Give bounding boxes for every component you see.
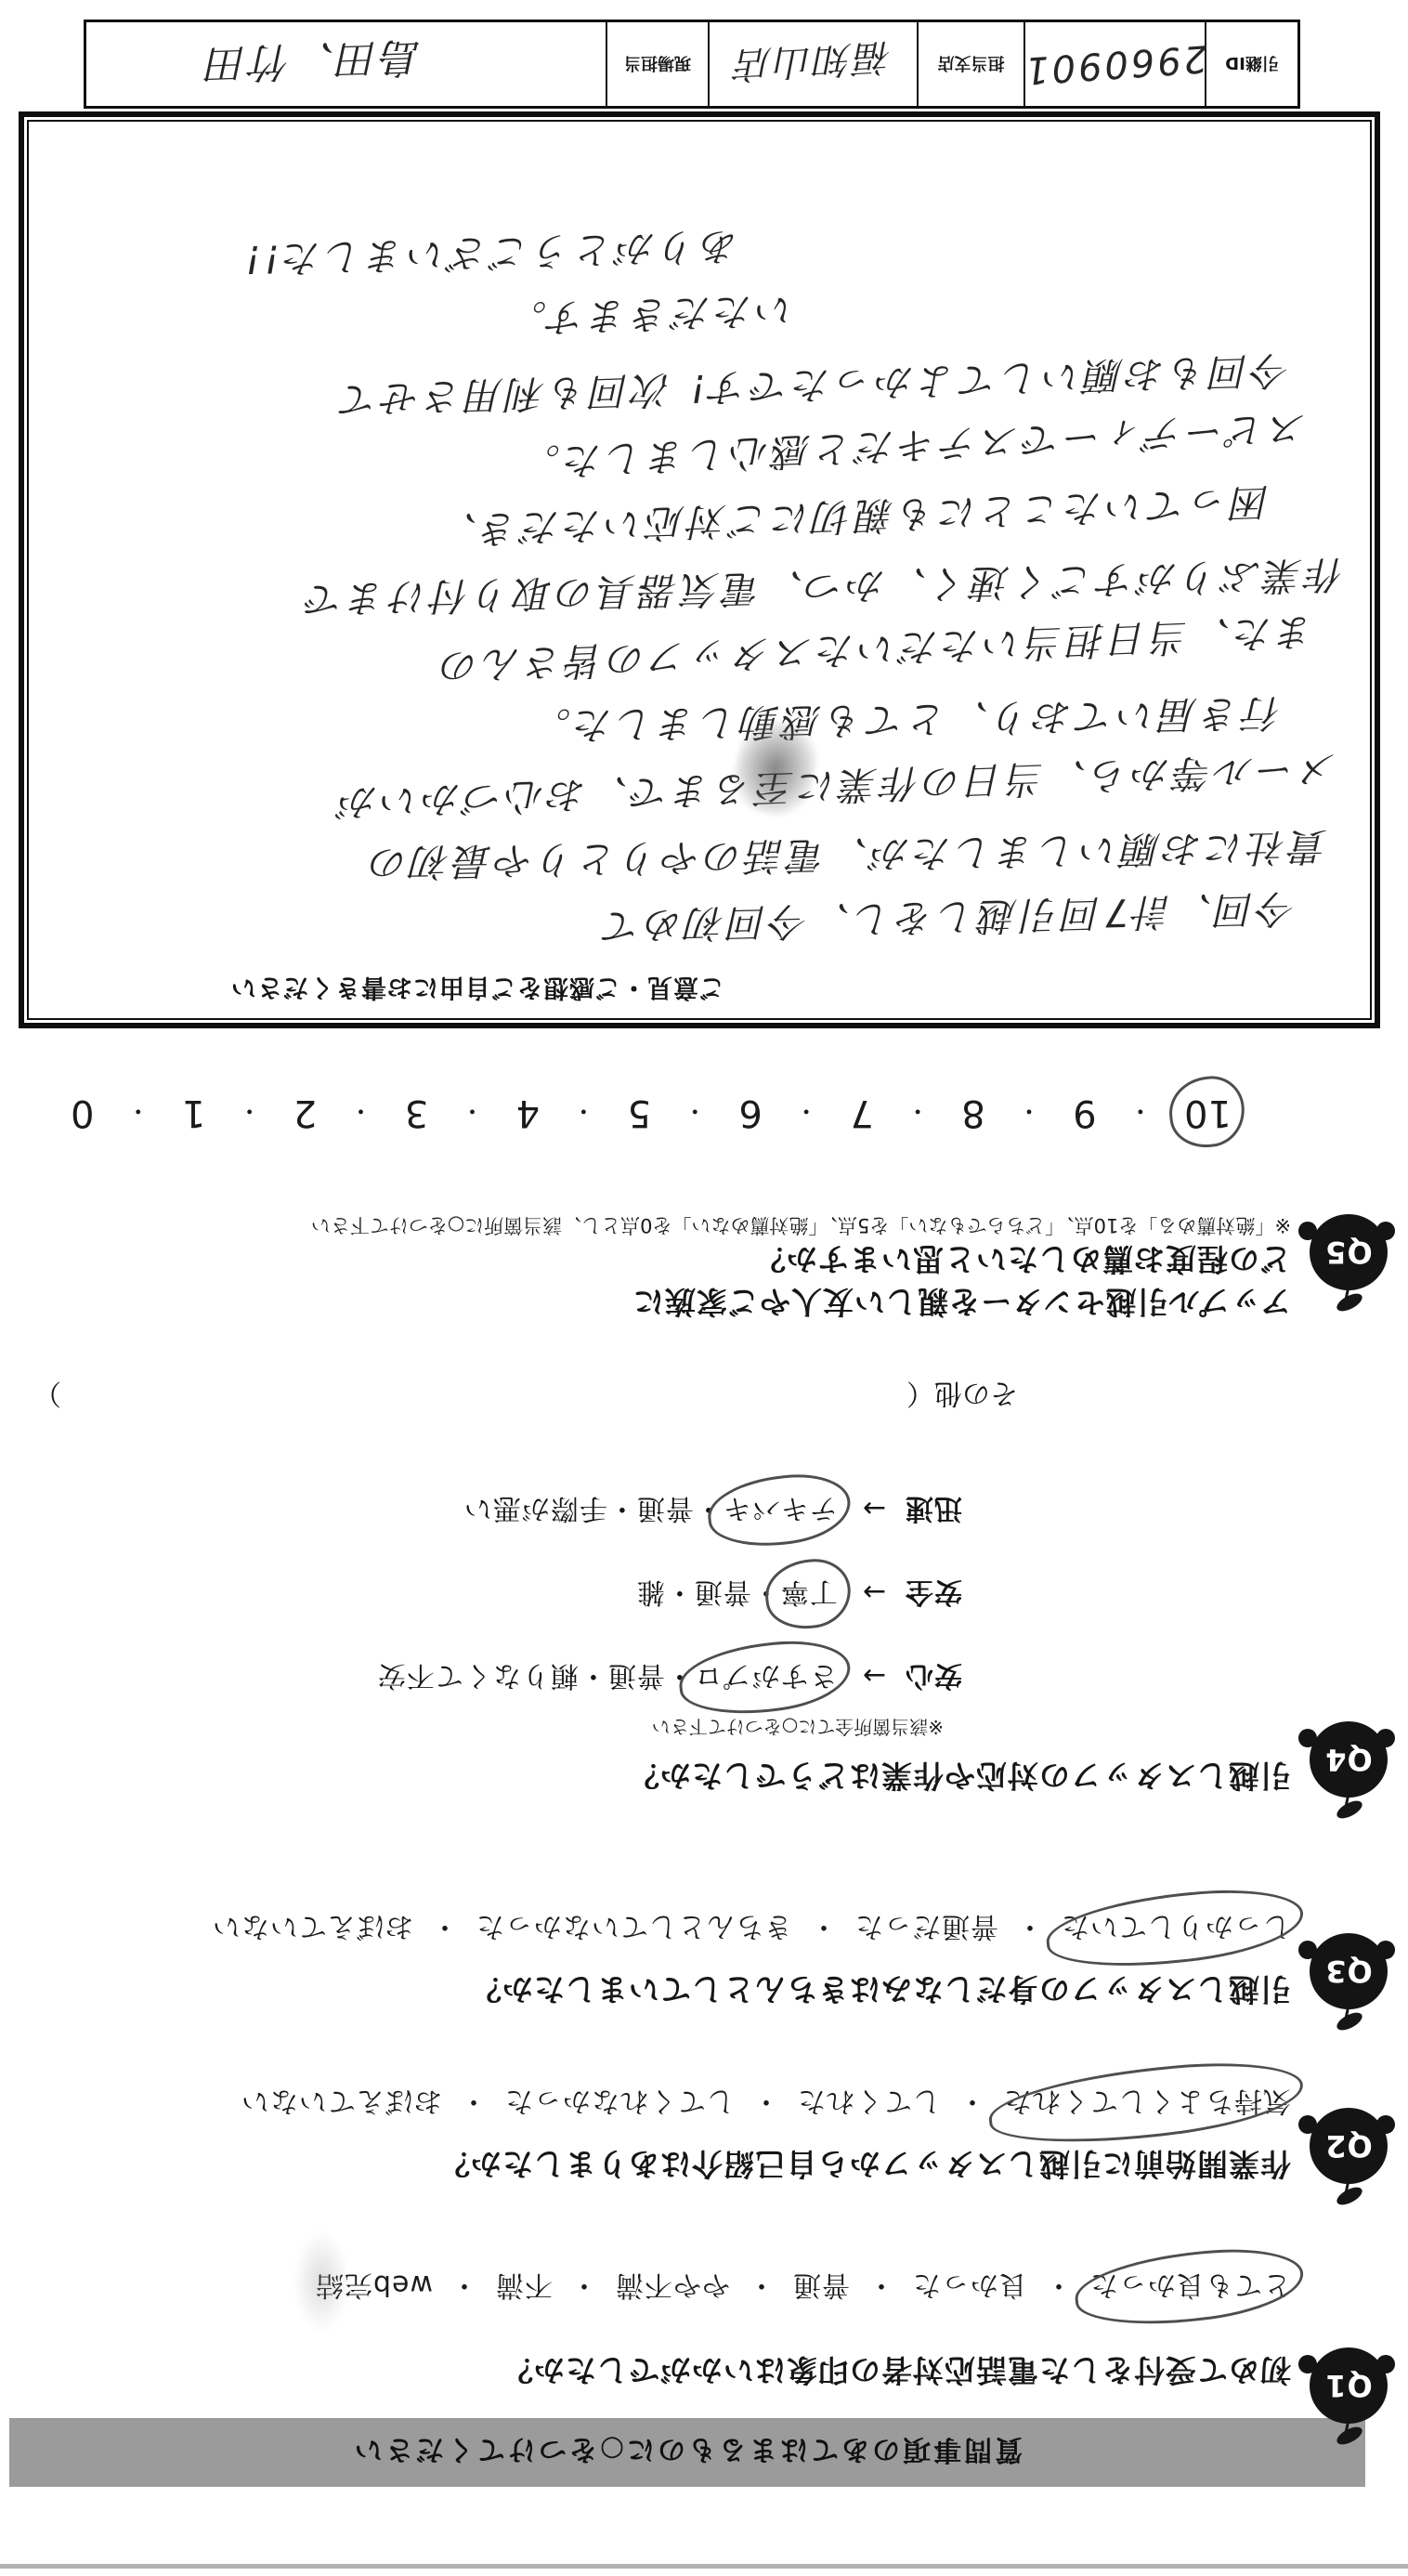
q4-jinsoku-option-tegiwa-warui: 手際が悪い — [463, 1492, 607, 1524]
option-separator: ・ — [579, 1659, 607, 1692]
option-separator: ・ — [958, 2085, 986, 2117]
handover-id-label: 引継ID — [1205, 22, 1297, 106]
q4-jinsoku-option-futsuu: 普通 — [636, 1492, 694, 1524]
arrow-icon: → — [862, 1492, 886, 1524]
option-separator: ・ — [459, 2085, 488, 2117]
scan-edge-line — [0, 2564, 1408, 2569]
q5-nps-scale: 10・9・8・7・6・5・4・3・2・1・0 — [71, 1092, 1232, 1134]
q1-question: 初めて受付をした電話応対者の印象はいかがでしたか？ — [502, 2350, 1291, 2394]
site-staff-label: 現場担当 — [606, 22, 708, 106]
scale-8: 8 — [961, 1092, 984, 1134]
scale-separator: ・ — [349, 1096, 373, 1131]
q5-note: ※「絶対薦める」を10点、「どちらでもない」を5点、「絶対薦めない」を0点とし、… — [311, 1212, 1291, 1240]
q3-badge: Q3 — [1310, 1933, 1388, 2009]
option-separator: ・ — [867, 2269, 895, 2301]
leaf-icon — [1334, 2184, 1364, 2208]
scale-10-circled: 10 — [1184, 1092, 1232, 1134]
q2-option-shitekurenakatta: してくれなかった — [504, 2085, 735, 2117]
arrow-icon: → — [862, 1659, 886, 1692]
leaf-icon — [1334, 2009, 1364, 2033]
q3-option-shikkari-circled: しっかりしていた — [1061, 1909, 1291, 1950]
option-separator: ・ — [751, 1576, 780, 1608]
q4-row-jinsoku-label: 迅速 — [905, 1492, 962, 1524]
q4-note: ※該当箇所全てに○をつけて下さい — [652, 1715, 944, 1742]
handover-info-table: 引継ID 2960901 担当支店 福知山店 現場担当 島田、竹田 — [84, 20, 1300, 109]
q1-option-yokatta: 良かった — [912, 2269, 1027, 2301]
q4-anshin-option-sasuga-pro-circled: さすがプロ — [694, 1658, 838, 1699]
option-separator: ・ — [751, 2085, 780, 2117]
q4-other-field: その他（ ） — [33, 1376, 1018, 1417]
scale-separator: ・ — [683, 1096, 707, 1131]
scale-separator: ・ — [238, 1096, 262, 1131]
q4-jinsoku-option-tekipaki-circled: テキパキ — [723, 1491, 838, 1532]
option-separator: ・ — [665, 1659, 694, 1692]
q3-option-oboeteinai: おぼえていない — [212, 1910, 413, 1942]
q3-options: しっかりしていた・普通だった・きちんとしていなかった・おぼえていない — [212, 1909, 1291, 1950]
comment-prompt: ご意見・ご感想をご自由にお書きください — [230, 972, 724, 1008]
q2-badge-label: Q2 — [1324, 2128, 1372, 2164]
q4-row-jinsoku: 迅速→テキパキ・普通・手際が悪い — [463, 1491, 962, 1532]
option-separator: ・ — [607, 1492, 636, 1524]
q1-option-futsuu: 普通 — [792, 2269, 850, 2301]
q2-option-oboeteinai: おぼえていない — [241, 2085, 442, 2117]
site-staff-value-handwritten: 島田、竹田 — [86, 22, 606, 106]
q1-badge: Q1 — [1310, 2347, 1388, 2424]
site-staff-text: 島田、竹田 — [203, 31, 424, 98]
q5-badge: Q5 — [1310, 1214, 1388, 1290]
q4-row-anzen-label: 安全 — [905, 1576, 962, 1608]
q1-mascot-icon: Q1 — [1302, 2340, 1391, 2440]
q2-badge: Q2 — [1310, 2108, 1388, 2184]
q2-mascot-icon: Q2 — [1302, 2100, 1391, 2201]
q5-badge-label: Q5 — [1324, 1235, 1372, 1270]
leaf-icon — [1334, 1798, 1364, 1822]
scan-smudge-artifact — [293, 2230, 349, 2333]
scale-separator: ・ — [126, 1096, 150, 1131]
scale-7: 7 — [850, 1092, 873, 1134]
option-separator: ・ — [569, 2269, 598, 2301]
q1-options: とても良かった・良かった・普通・やや不満・不満・web完結 — [315, 2268, 1291, 2308]
q4-badge: Q4 — [1310, 1721, 1388, 1798]
scale-separator: ・ — [794, 1096, 818, 1131]
other-close-paren: ） — [33, 1376, 61, 1417]
scanned-survey-page: 質問事項のあてはまるものに○をつけてください Q1 初めて受付をした電話応対者の… — [0, 0, 1408, 2576]
q2-question: 作業開始前に引越しスタッフから自己紹介はありましたか？ — [438, 2144, 1291, 2188]
q5-question-line2: どの程度お薦めしたいと思いますか？ — [754, 1239, 1291, 1283]
q3-badge-label: Q3 — [1324, 1954, 1372, 1989]
scale-5: 5 — [628, 1092, 651, 1134]
q4-question: 引越しスタッフの対応や作業はどうでしたか？ — [628, 1756, 1291, 1799]
branch-text: 福知山店 — [732, 33, 894, 95]
scale-separator: ・ — [1017, 1096, 1041, 1131]
branch-label: 担当支店 — [917, 22, 1023, 106]
q5-question-line1: アップル引越センターを親しい友人やご家族に — [632, 1282, 1291, 1326]
option-separator: ・ — [809, 1910, 838, 1942]
scale-separator: ・ — [906, 1096, 930, 1131]
instruction-banner-text: 質問事項のあてはまるものに○をつけてください — [352, 2432, 1023, 2473]
option-separator: ・ — [747, 2269, 776, 2301]
scale-2: 2 — [293, 1092, 317, 1134]
q4-anshin-option-tayorinai: 頼りなくて不安 — [377, 1659, 579, 1692]
handover-id-value-handwritten: 2960901 — [1023, 22, 1205, 106]
scale-separator: ・ — [571, 1096, 595, 1131]
scale-1: 1 — [182, 1092, 205, 1134]
option-separator: ・ — [694, 1492, 723, 1524]
q3-option-futsuu-datta: 普通だった — [854, 1910, 998, 1942]
handover-id-text: 2960901 — [1022, 36, 1209, 92]
q4-anzen-option-teinei-circled: 丁寧 — [780, 1575, 838, 1615]
scale-6: 6 — [738, 1092, 762, 1134]
scale-4: 4 — [516, 1092, 540, 1134]
option-separator: ・ — [430, 1910, 459, 1942]
q1-option-fuman: 不満 — [495, 2269, 553, 2301]
q3-mascot-icon: Q3 — [1302, 1926, 1391, 2026]
scale-9: 9 — [1073, 1092, 1096, 1134]
q3-option-kichinto-shiteinakatta: きちんとしていなかった — [476, 1910, 792, 1942]
q4-anshin-option-futsuu: 普通 — [607, 1659, 665, 1692]
instruction-banner: 質問事項のあてはまるものに○をつけてください — [9, 2418, 1365, 2487]
q3-question: 引越しスタッフの身だしなみはきちんとしていましたか？ — [470, 1969, 1291, 2013]
q4-anzen-option-zatsu: 雑 — [636, 1576, 665, 1608]
arrow-icon: → — [862, 1576, 886, 1608]
q1-option-totemo-yokatta-circled: とても良かった — [1089, 2268, 1291, 2308]
q4-row-anzen: 安全→丁寧・普通・雑 — [636, 1575, 962, 1615]
scale-separator: ・ — [460, 1096, 484, 1131]
q4-row-anshin: 安心→さすがプロ・普通・頼りなくて不安 — [377, 1658, 962, 1699]
survey-sheet-rotated-180: 質問事項のあてはまるものに○をつけてください Q1 初めて受付をした電話応対者の… — [0, 0, 1408, 2576]
q4-row-anshin-label: 安心 — [905, 1659, 962, 1692]
option-separator: ・ — [1015, 1910, 1044, 1942]
comment-box: ご意見・ご感想をご自由にお書きください 今回、計7回引越しをし、今回初めて 貴社… — [19, 111, 1380, 1028]
option-separator: ・ — [450, 2269, 478, 2301]
branch-value-handwritten: 福知山店 — [708, 22, 917, 106]
handwritten-comment: 今回、計7回引越しをし、今回初めて 貴社にお願いしましたが、電話のやりとりや最初… — [43, 222, 1352, 958]
scale-separator: ・ — [1128, 1096, 1153, 1131]
q2-options: 気持ちよくしてくれた・してくれた・してくれなかった・おぼえていない — [241, 2084, 1291, 2125]
other-open-label: その他（ — [906, 1376, 1018, 1417]
option-separator: ・ — [1044, 2269, 1073, 2301]
q5-mascot-icon: Q5 — [1302, 1207, 1391, 1307]
q4-mascot-icon: Q4 — [1302, 1714, 1391, 1814]
q4-anzen-option-futsuu: 普通 — [694, 1576, 751, 1608]
scale-0: 0 — [71, 1092, 94, 1134]
leaf-icon — [1334, 1290, 1364, 1314]
scale-3: 3 — [405, 1092, 428, 1134]
q1-badge-label: Q1 — [1324, 2368, 1372, 2403]
q1-option-yaya-fuman: やや不満 — [615, 2269, 730, 2301]
q2-option-kimochiyoku-circled: 気持ちよくしてくれた — [1003, 2084, 1291, 2125]
option-separator: ・ — [665, 1576, 694, 1608]
q4-badge-label: Q4 — [1324, 1742, 1372, 1777]
q2-option-shitekureta: してくれた — [797, 2085, 941, 2117]
